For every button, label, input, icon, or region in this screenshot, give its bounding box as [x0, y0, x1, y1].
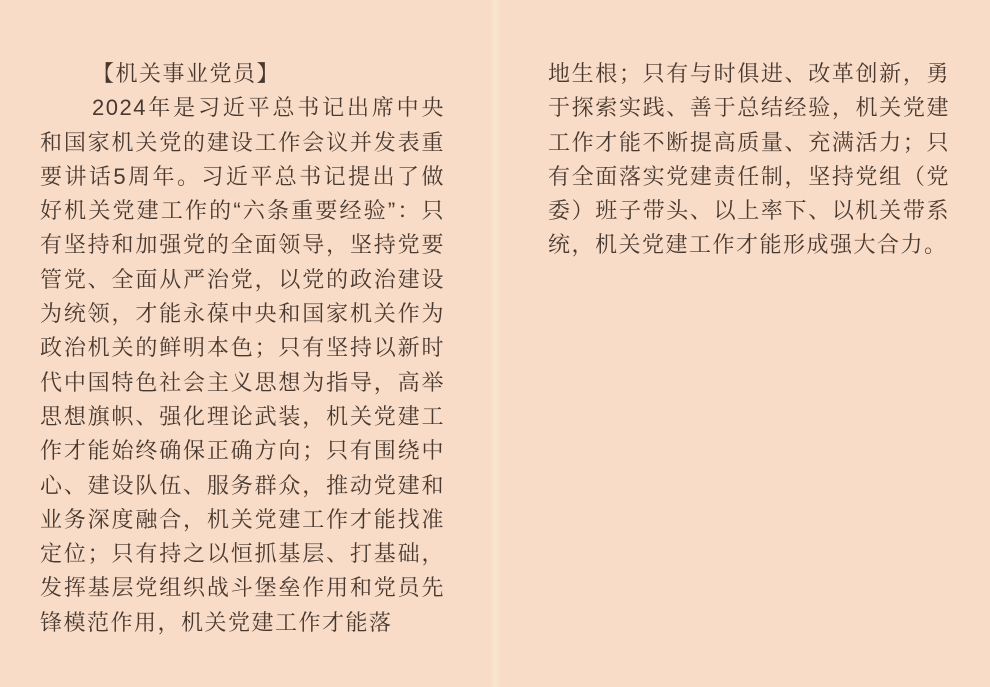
article-heading: 【机关事业党员】: [40, 57, 445, 91]
paragraph-left-part: 2024年是习近平总书记出席中央和国家机关党的建设工作会议并发表重要讲话5周年。…: [40, 91, 445, 640]
text-column-right: 地生根；只有与时俱进、改革创新，勇于探索实践、善于总结经验，机关党建工作才能不断…: [548, 57, 950, 640]
paragraph-right-part: 地生根；只有与时俱进、改革创新，勇于探索实践、善于总结经验，机关党建工作才能不断…: [548, 57, 950, 263]
text-column-left: 【机关事业党员】 2024年是习近平总书记出席中央和国家机关党的建设工作会议并发…: [40, 57, 445, 640]
document-page: 【机关事业党员】 2024年是习近平总书记出席中央和国家机关党的建设工作会议并发…: [0, 0, 990, 687]
article-body: 【机关事业党员】 2024年是习近平总书记出席中央和国家机关党的建设工作会议并发…: [40, 57, 950, 640]
